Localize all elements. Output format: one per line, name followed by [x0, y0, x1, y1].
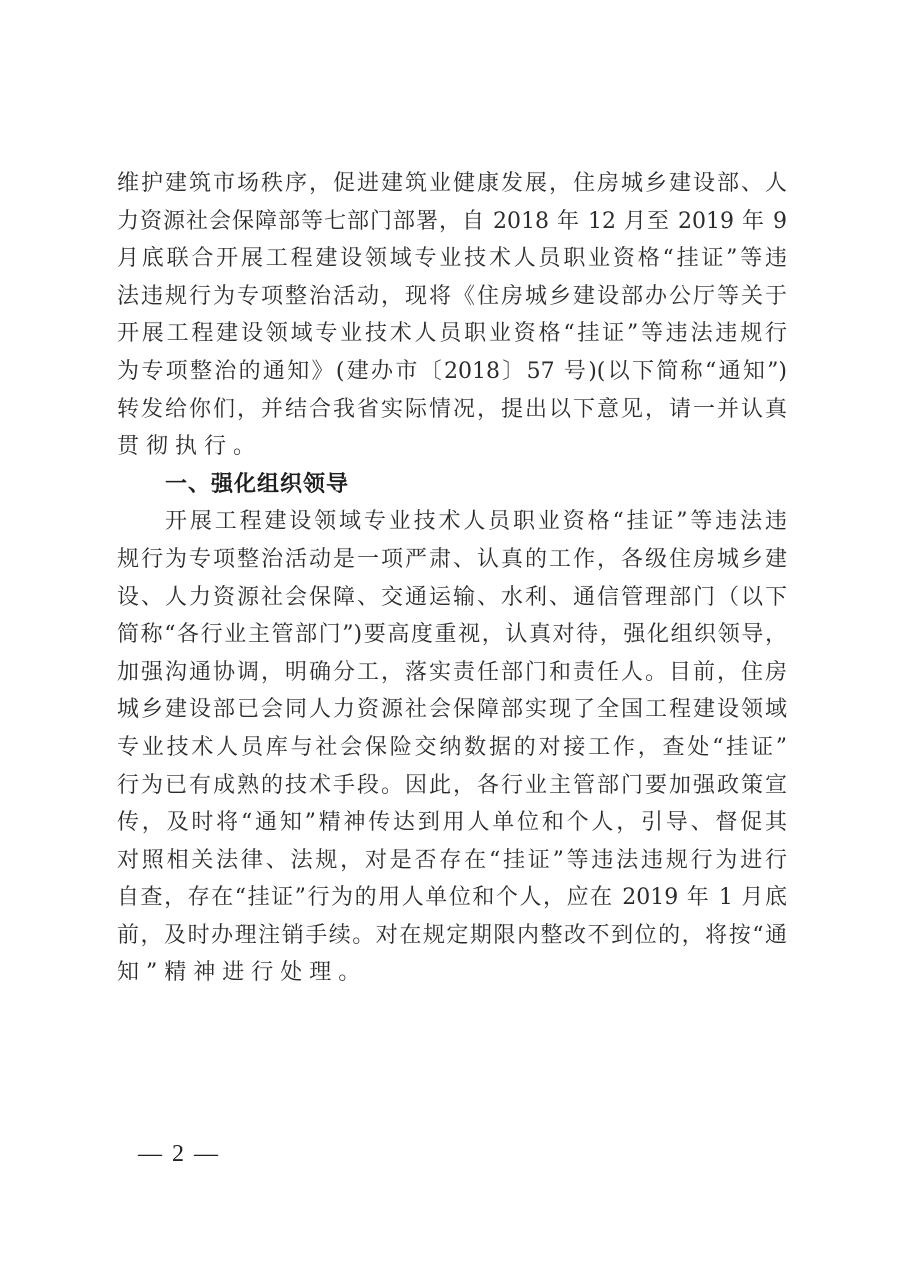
document-body: 维护建筑市场秩序，促进建筑业健康发展，住房城乡建设部、人 力资源社会保障部等七部…	[117, 165, 787, 992]
text-line: 设、人力资源社会保障、交通运输、水利、通信管理部门（以下	[117, 579, 787, 617]
section-heading: 一、强化组织领导	[117, 466, 787, 504]
text-line: 法违规行为专项整治活动，现将《住房城乡建设部办公厅等关于	[117, 278, 787, 316]
text-line: 自查，存在“挂证”行为的用人单位和个人，应在 2019 年 1 月底	[117, 879, 787, 917]
text-line: 加强沟通协调，明确分工，落实责任部门和责任人。目前，住房	[117, 654, 787, 692]
text-line: 城乡建设部已会同人力资源社会保障部实现了全国工程建设领域	[117, 691, 787, 729]
text-line: 前，及时办理注销手续。对在规定期限内整改不到位的，将按“通	[117, 917, 787, 955]
page-number: — 2 —	[138, 1141, 220, 1168]
section-1-paragraph: 开展工程建设领域专业技术人员职业资格“挂证”等违法违 规行为专项整治活动是一项严…	[117, 503, 787, 992]
text-line: 维护建筑市场秩序，促进建筑业健康发展，住房城乡建设部、人	[117, 165, 787, 203]
text-line: 知”精神进行处理。	[117, 954, 787, 992]
text-line: 专业技术人员库与社会保险交纳数据的对接工作，查处“挂证”	[117, 729, 787, 767]
text-line: 规行为专项整治活动是一项严肃、认真的工作，各级住房城乡建	[117, 541, 787, 579]
text-line: 开展工程建设领域专业技术人员职业资格“挂证”等违法违	[117, 503, 787, 541]
text-line: 传，及时将“通知”精神传达到用人单位和个人，引导、督促其	[117, 804, 787, 842]
text-line: 简称“各行业主管部门”)要高度重视，认真对待，强化组织领导，	[117, 616, 787, 654]
text-line: 开展工程建设领域专业技术人员职业资格“挂证”等违法违规行	[117, 315, 787, 353]
text-line: 力资源社会保障部等七部门部署，自 2018 年 12 月至 2019 年 9	[117, 203, 787, 241]
text-line: 行为已有成熟的技术手段。因此，各行业主管部门要加强政策宣	[117, 767, 787, 805]
text-line: 对照相关法律、法规，对是否存在“挂证”等违法违规行为进行	[117, 842, 787, 880]
text-line: 贯彻执行。	[117, 428, 787, 466]
document-page: 维护建筑市场秩序，促进建筑业健康发展，住房城乡建设部、人 力资源社会保障部等七部…	[0, 0, 900, 1273]
text-line: 转发给你们，并结合我省实际情况，提出以下意见，请一并认真	[117, 391, 787, 429]
text-line: 月底联合开展工程建设领域专业技术人员职业资格“挂证”等违	[117, 240, 787, 278]
text-line: 为专项整治的通知》(建办市〔2018〕57 号)(以下简称“通知”)	[117, 353, 787, 391]
intro-paragraph: 维护建筑市场秩序，促进建筑业健康发展，住房城乡建设部、人 力资源社会保障部等七部…	[117, 165, 787, 466]
